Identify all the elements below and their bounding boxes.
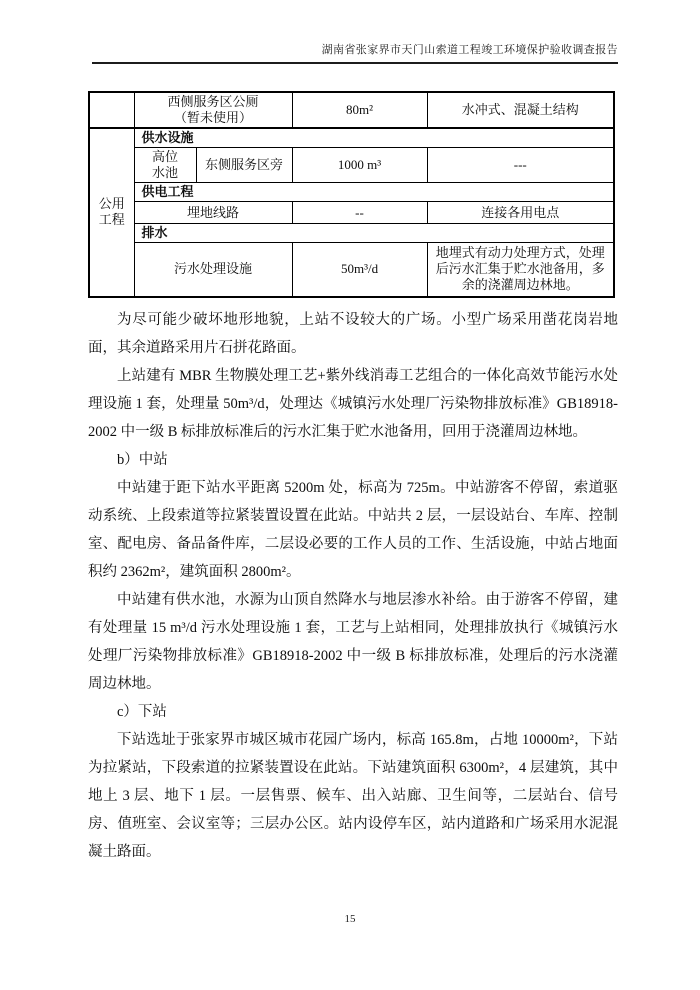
paragraph-middle-station-water: 中站建有供水池，水源为山顶自然降水与地层渗水补给。由于游客不停留，建有处理量 1…: [88, 586, 618, 698]
table-row-toilet: 西侧服务区公厕 （暂未使用） 80m² 水冲式、混凝土结构: [89, 92, 614, 128]
table-row-power-section: 供电工程: [89, 183, 614, 202]
left-header-line2: 工程: [93, 212, 131, 228]
pool-name-line1: 高位: [138, 149, 193, 165]
sewage-name-cell: 污水处理设施: [134, 243, 292, 297]
table-row-water-section: 公用 工程 供水设施: [89, 128, 614, 148]
paragraph-upper-station-sewage: 上站建有 MBR 生物膜处理工艺+紫外线消毒工艺组合的一体化高效节能污水处理设施…: [88, 362, 618, 446]
pool-note-cell: ---: [427, 148, 614, 183]
powerline-size-cell: --: [292, 202, 427, 224]
paragraph-ground: 为尽可能少破坏地形地貌，上站不设较大的广场。小型广场采用凿花岗岩地面，其余道路采…: [88, 306, 618, 362]
pool-size-cell: 1000 m³: [292, 148, 427, 183]
page-number: 15: [0, 913, 700, 925]
sewage-size-cell: 50m³/d: [292, 243, 427, 297]
table-row-sewage: 污水处理设施 50m³/d 地埋式有动力处理方式，处理后污水汇集于贮水池备用，多…: [89, 243, 614, 297]
toilet-name-line2: （暂未使用）: [138, 110, 289, 126]
pool-name-cell: 高位 水池: [134, 148, 196, 183]
heading-middle-station: b）中站: [88, 446, 618, 474]
drain-section-header: 排水: [134, 224, 614, 243]
empty-cell: [89, 92, 134, 128]
paragraph-lower-station: 下站选址于张家界市城区城市花园广场内，标高 165.8m，占地 10000m²，…: [88, 726, 618, 866]
pool-location-cell: 东侧服务区旁: [196, 148, 292, 183]
public-works-table: 西侧服务区公厕 （暂未使用） 80m² 水冲式、混凝土结构 公用 工程 供水设施…: [88, 91, 615, 298]
table-row-drain-section: 排水: [89, 224, 614, 243]
powerline-note-cell: 连接各用电点: [427, 202, 614, 224]
toilet-name-line1: 西侧服务区公厕: [138, 94, 289, 110]
header-rule: [92, 62, 618, 64]
toilet-size-cell: 80m²: [292, 92, 427, 128]
report-header-title: 湖南省张家界市天门山索道工程竣工环境保护验收调查报告: [92, 41, 618, 57]
paragraph-middle-station: 中站建于距下站水平距离 5200m 处，标高为 725m。中站游客不停留，索道驱…: [88, 474, 618, 586]
toilet-name-cell: 西侧服务区公厕 （暂未使用）: [134, 92, 292, 128]
heading-lower-station: c）下站: [88, 698, 618, 726]
toilet-note-cell: 水冲式、混凝土结构: [427, 92, 614, 128]
pool-name-line2: 水池: [138, 165, 193, 181]
document-page: 湖南省张家界市天门山索道工程竣工环境保护验收调查报告 西侧服务区公厕 （暂未使用…: [0, 0, 700, 990]
sewage-note-cell: 地埋式有动力处理方式，处理后污水汇集于贮水池备用，多余的浇灌周边林地。: [427, 243, 614, 297]
left-merged-header-cell: 公用 工程: [89, 128, 134, 297]
water-section-header: 供水设施: [134, 128, 614, 148]
left-header-line1: 公用: [93, 196, 131, 212]
table-row-pool: 高位 水池 东侧服务区旁 1000 m³ ---: [89, 148, 614, 183]
spec-table-wrap: 西侧服务区公厕 （暂未使用） 80m² 水冲式、混凝土结构 公用 工程 供水设施…: [88, 91, 615, 298]
powerline-name-cell: 埋地线路: [134, 202, 292, 224]
body-text: 为尽可能少破坏地形地貌，上站不设较大的广场。小型广场采用凿花岗岩地面，其余道路采…: [88, 306, 618, 866]
table-row-powerline: 埋地线路 -- 连接各用电点: [89, 202, 614, 224]
power-section-header: 供电工程: [134, 183, 614, 202]
